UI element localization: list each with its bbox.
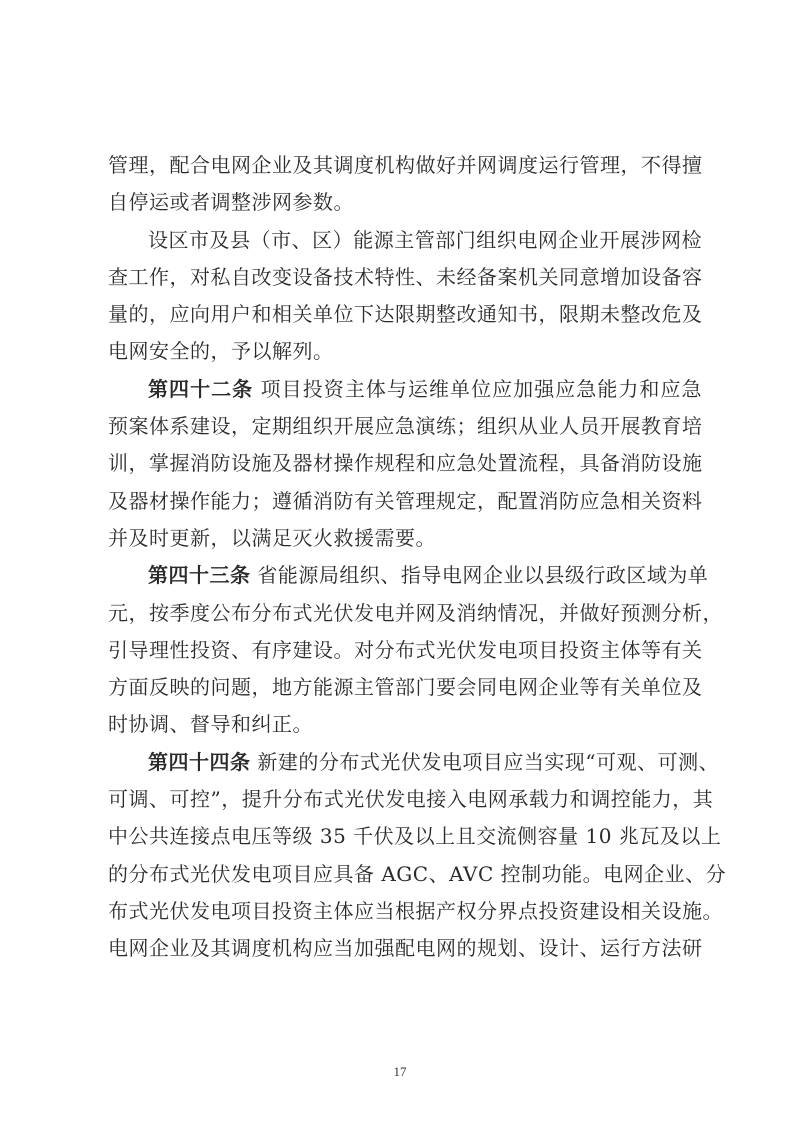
text-span: 新建的分布式光伏发电项目应当实现“可观、可测、: [257, 750, 719, 774]
text-line: 中公共连接点电压等级 35 千伏及以上且交流侧容量 10 兆瓦及以上: [108, 818, 702, 855]
text-line: 查工作，对私自改变设备技术特性、未经备案机关同意增加设备容: [108, 259, 702, 296]
text-line: 设区市及县（市、区）能源主管部门组织电网企业开展涉网检: [108, 222, 702, 259]
text-span: 省能源局组织、指导电网企业以县级行政区域为单: [257, 563, 708, 587]
article-44-heading-line: 第四十四条 新建的分布式光伏发电项目应当实现“可观、可测、: [108, 744, 702, 781]
document-page: 管理，配合电网企业及其调度机构做好并网调度运行管理，不得擅 自停运或者调整涉网参…: [0, 0, 800, 1131]
document-body: 管理，配合电网企业及其调度机构做好并网调度运行管理，不得擅 自停运或者调整涉网参…: [108, 147, 702, 968]
text-line: 可调、可控”，提升分布式光伏发电接入电网承载力和调控能力，其: [108, 781, 702, 818]
text-line: 量的，应向用户和相关单位下达限期整改通知书，限期未整改危及: [108, 296, 702, 333]
text-line: 管理，配合电网企业及其调度机构做好并网调度运行管理，不得擅: [108, 147, 702, 184]
text-line: 引导理性投资、有序建设。对分布式光伏发电项目投资主体等有关: [108, 632, 702, 669]
text-line: 元，按季度公布分布式光伏发电并网及消纳情况，并做好预测分析，: [108, 595, 702, 632]
article-number: 第四十二条: [148, 377, 253, 401]
text-span: 项目投资主体与运维单位应加强应急能力和应急: [261, 377, 702, 401]
article-42-heading-line: 第四十二条 项目投资主体与运维单位应加强应急能力和应急: [108, 371, 702, 408]
text-line: 及器材操作能力；遵循消防有关管理规定，配置消防应急相关资料: [108, 483, 702, 520]
article-number: 第四十三条: [148, 563, 251, 587]
text-line: 训，掌握消防设施及器材操作规程和应急处置流程，具备消防设施: [108, 445, 702, 482]
text-line: 电网安全的，予以解列。: [108, 333, 702, 370]
text-line: 预案体系建设，定期组织开展应急演练；组织从业人员开展教育培: [108, 408, 702, 445]
text-line: 电网企业及其调度机构应当加强配电网的规划、设计、运行方法研: [108, 930, 702, 967]
text-line: 并及时更新，以满足灭火救援需要。: [108, 520, 702, 557]
page-number: 17: [0, 1064, 800, 1080]
text-line: 自停运或者调整涉网参数。: [108, 184, 702, 221]
text-line: 时协调、督导和纠正。: [108, 706, 702, 743]
text-line: 的分布式光伏发电项目应具备 AGC、AVC 控制功能。电网企业、分: [108, 856, 702, 893]
text-line: 方面反映的问题，地方能源主管部门要会同电网企业等有关单位及: [108, 669, 702, 706]
text-line: 布式光伏发电项目投资主体应当根据产权分界点投资建设相关设施。: [108, 893, 702, 930]
article-number: 第四十四条: [148, 750, 251, 774]
article-43-heading-line: 第四十三条 省能源局组织、指导电网企业以县级行政区域为单: [108, 557, 702, 594]
